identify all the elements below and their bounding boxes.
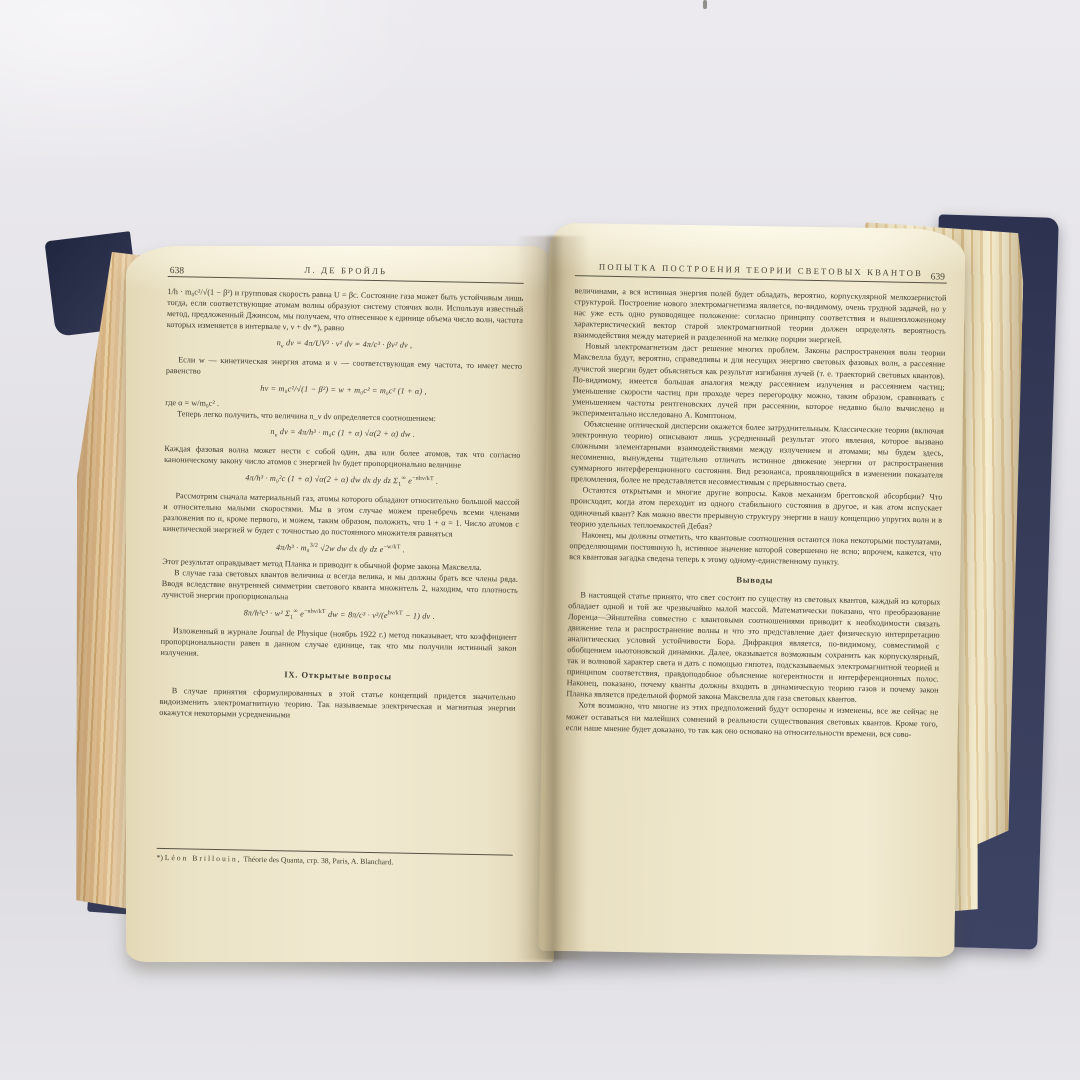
right-page-text: величинами, а вся истинная энергия полей…: [563, 285, 947, 876]
paragraph: Каждая фазовая волна может нести с собой…: [164, 443, 520, 472]
footnote-author: Léon Brillouin,: [165, 853, 242, 863]
section-heading: IX. Открытые вопросы: [160, 667, 516, 686]
running-head-right: ПОПЫТКА ПОСТРОЕНИЯ ТЕОРИИ СВЕТОВЫХ КВАНТ…: [575, 261, 947, 283]
page-number-left: 638: [170, 266, 184, 276]
formula: hν = m₀c²/√(1 − β²) = w + m₀c² = m₀c² (1…: [165, 381, 521, 399]
paragraph: Хотя возможно, что многие из этих предпо…: [566, 700, 939, 741]
paragraph: величинами, а вся истинная энергия полей…: [574, 285, 947, 348]
page-number-right: 639: [931, 272, 945, 282]
formula: nν dν = 4π/h³ · m₀c (1 + α) √α(2 + α) dw…: [165, 424, 521, 445]
running-head-left-title: Л. ДЕ БРОЙЛЬ: [304, 265, 387, 277]
paragraph: Рассмотрим сначала материальный газ, ато…: [163, 490, 520, 541]
formula: 4π/h³ · m₀²c (1 + α) √α(2 + α) dw dx dy …: [164, 470, 520, 491]
formula: 8π/h³c³ · w² Σ1∞ e−nhν/kT dw = 8π/c³ · ν…: [161, 605, 517, 626]
paragraph: Изложенный в журнале Journal de Physique…: [160, 625, 517, 665]
paragraph: В случае принятия сформулированных в это…: [159, 685, 516, 725]
right-page: ПОПЫТКА ПОСТРОЕНИЯ ТЕОРИИ СВЕТОВЫХ КВАНТ…: [538, 223, 965, 957]
formula: 4π/h³ · m₀3/2 √2w dw dx dy dz e−w/kT .: [162, 539, 518, 558]
photo-background: 638 Л. ДЕ БРОЙЛЬ 1/h · m₀c²/√(1 − β²) и …: [0, 0, 1080, 1080]
paragraph: В случае газа световых квантов величина …: [162, 567, 519, 607]
left-page-text: 1/h · m₀c²/√(1 − β²) и групповая скорост…: [157, 286, 524, 849]
paragraph: Если w — кинетическая энергия атома и ν …: [166, 354, 522, 383]
paragraph: 1/h · m₀c²/√(1 − β²) и групповая скорост…: [167, 286, 524, 337]
left-page: 638 Л. ДЕ БРОЙЛЬ 1/h · m₀c²/√(1 − β²) и …: [126, 246, 554, 962]
formula: nν dν = 4π/UV² · ν² dν = 4π/c³ · βν² dν …: [166, 335, 522, 356]
paragraph: В настоящей статье принято, что свет сос…: [566, 589, 940, 707]
paragraph: Остаются открытыми и многие другие вопро…: [570, 485, 943, 537]
paragraph: Наконец, мы должны отметить, что квантов…: [569, 529, 942, 570]
paragraph: Новый электромагнетизм даст решение мног…: [572, 341, 945, 426]
running-head-left: 638 Л. ДЕ БРОЙЛЬ: [168, 262, 524, 284]
section-heading: Выводы: [569, 571, 941, 590]
paragraph: Объяснение оптической дисперсии окажется…: [571, 418, 944, 492]
running-head-right-title: ПОПЫТКА ПОСТРОЕНИЯ ТЕОРИИ СВЕТОВЫХ КВАНТ…: [599, 262, 923, 279]
wall-mark: [703, 0, 707, 9]
footnote: *) Léon Brillouin, Théorie des Quanta, с…: [156, 848, 512, 869]
footnote-reference: Théorie des Quanta, стр. 38, Paris, A. B…: [242, 855, 394, 867]
